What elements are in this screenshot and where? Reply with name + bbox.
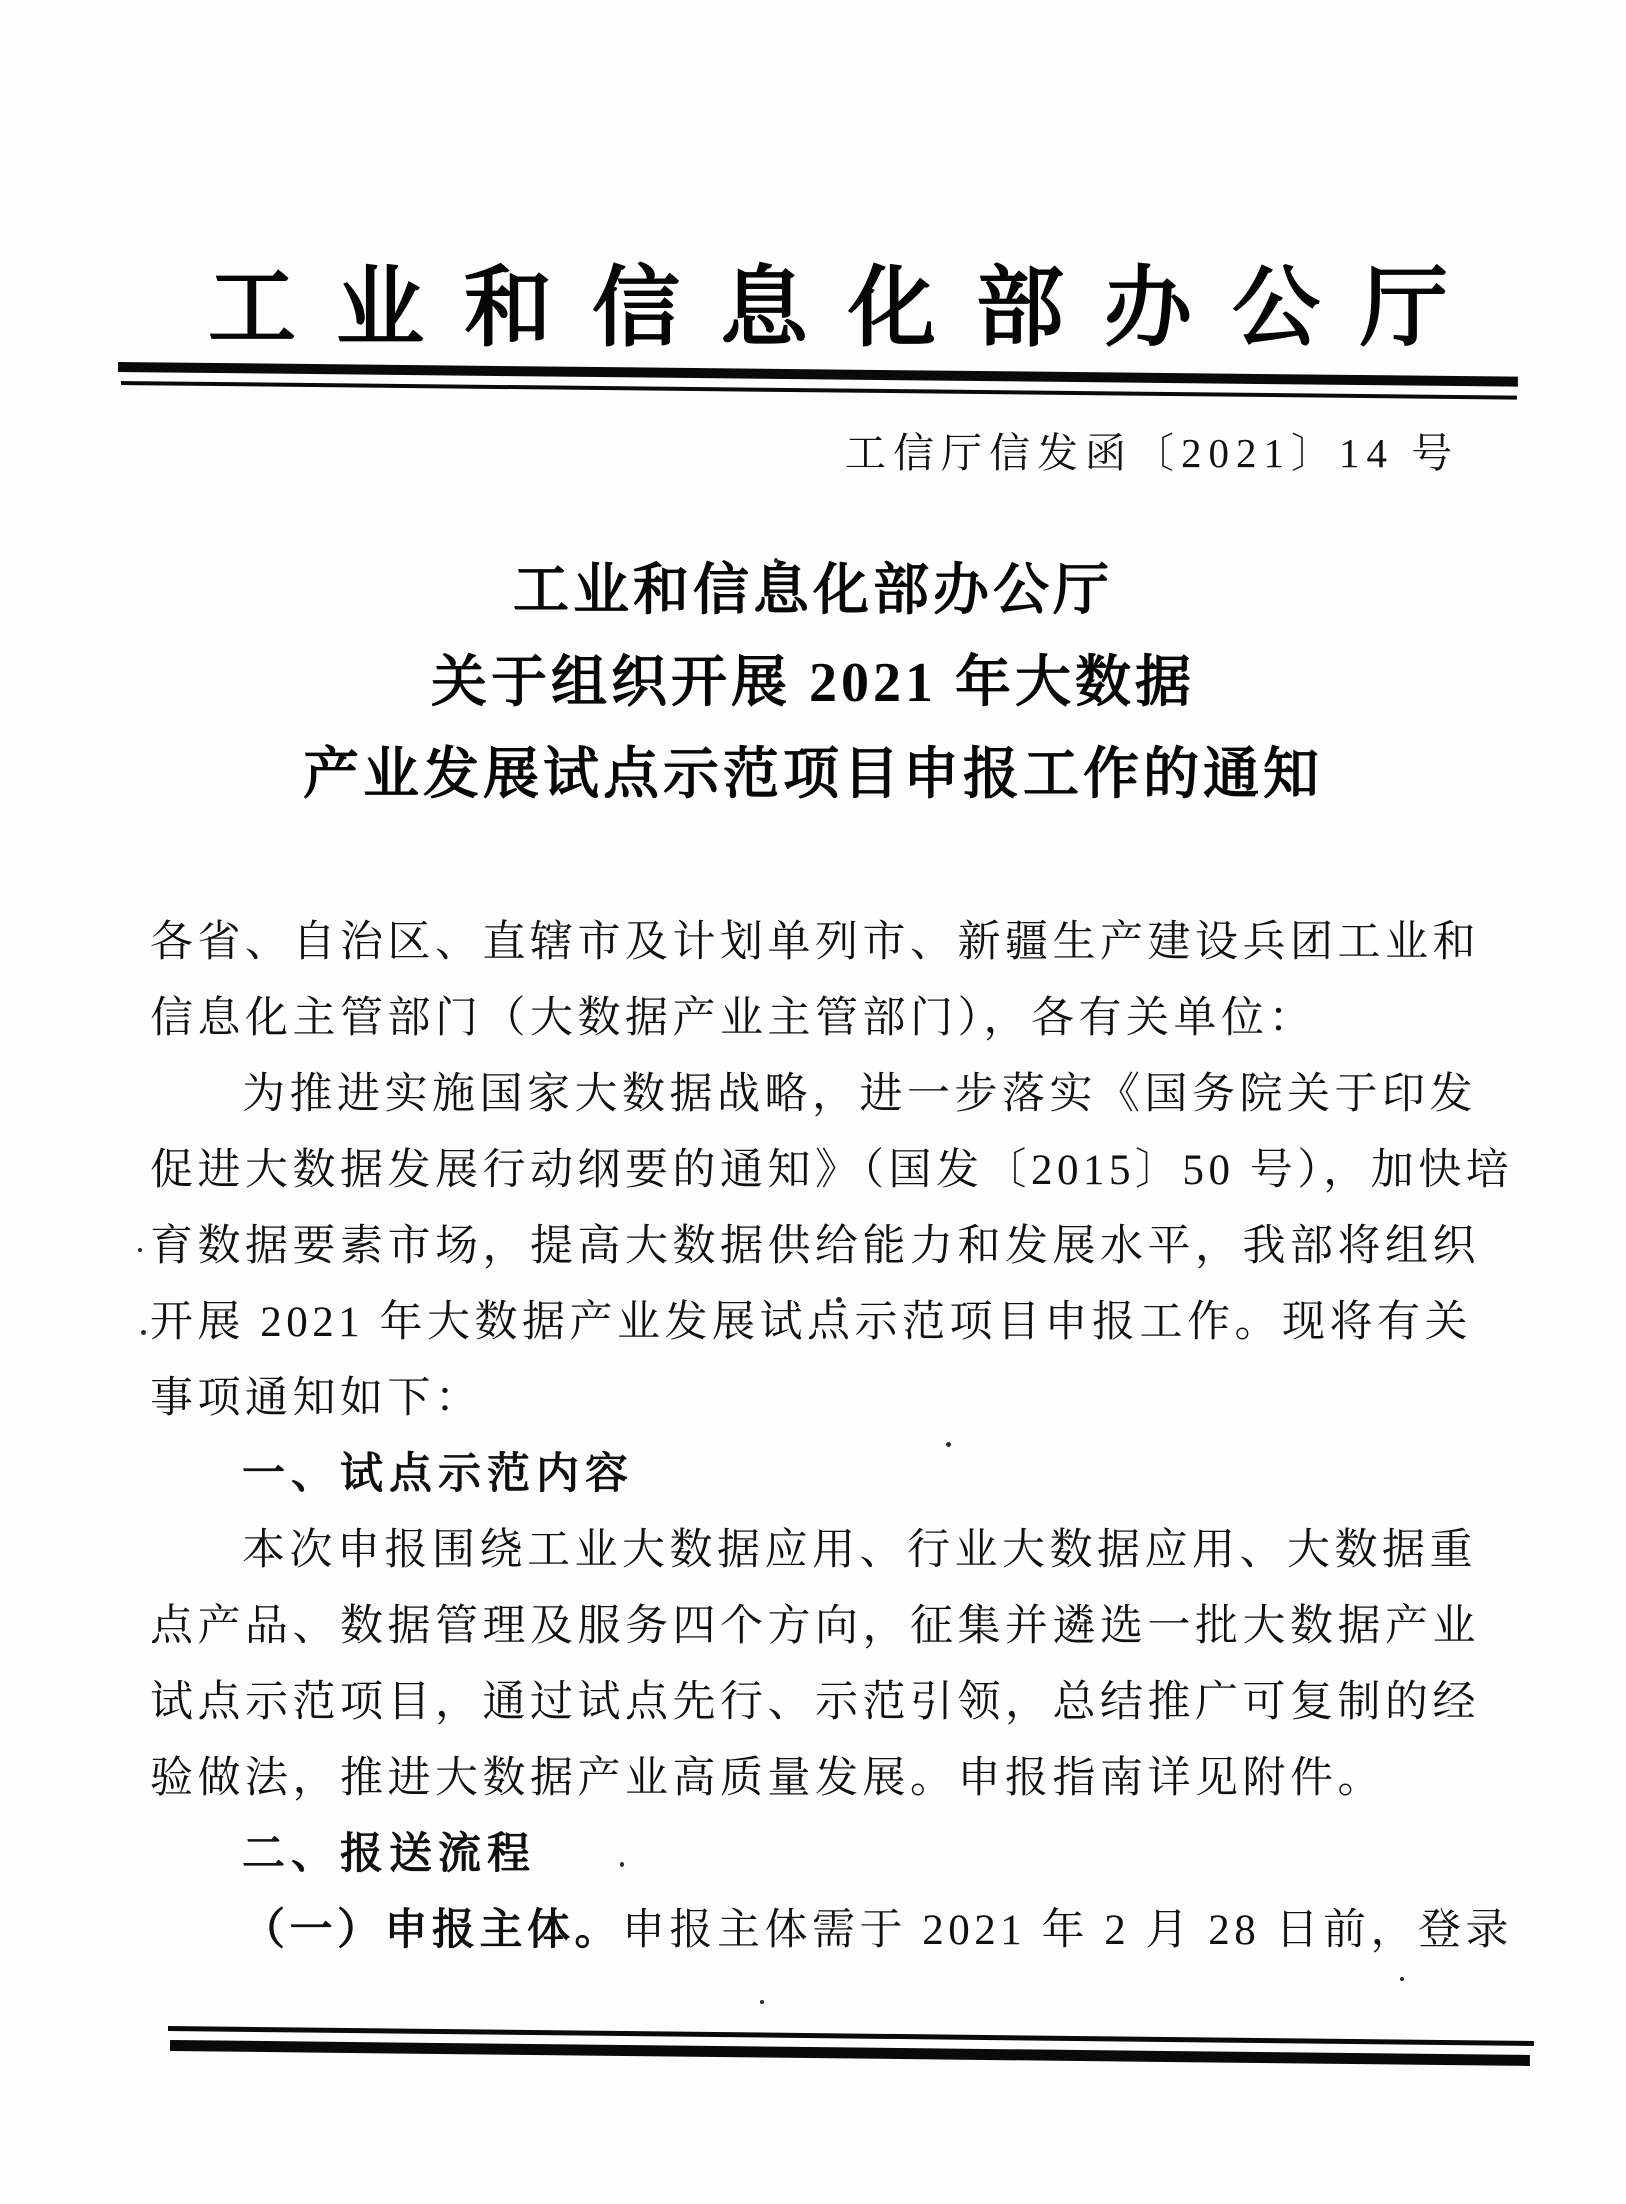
body-line: 验做法，推进大数据产业高质量发展。申报指南详见附件。 <box>150 1741 1490 1817</box>
body-line-clause: （一）申报主体。申报主体需于 2021 年 2 月 28 日前，登录 <box>150 1893 1490 1969</box>
body-line: 点产品、数据管理及服务四个方向，征集并遴选一批大数据产业 <box>150 1589 1490 1665</box>
scan-speck <box>760 2000 764 2004</box>
scan-speck <box>836 1297 842 1303</box>
letterhead-title: 工业和信息化部办公厅 <box>0 238 1626 364</box>
notice-title: 工业和信息化部办公厅 关于组织开展 2021 年大数据 产业发展试点示范项目申报… <box>0 545 1626 821</box>
footer-rule-thick <box>170 2040 1530 2066</box>
body-line-salutation-2: 信息化主管部门（大数据产业主管部门），各有关单位： <box>150 981 1490 1057</box>
scan-speck <box>946 1442 951 1447</box>
scan-speck <box>620 1862 624 1867</box>
notice-title-line-1: 工业和信息化部办公厅 <box>0 545 1626 637</box>
clause-rest: 申报主体需于 2021 年 2 月 28 日前，登录 <box>622 1907 1513 1954</box>
section-heading-1: 一、试点示范内容 <box>150 1437 1490 1513</box>
scan-speck <box>138 1248 142 1252</box>
body-line: 本次申报围绕工业大数据应用、行业大数据应用、大数据重 <box>150 1513 1490 1589</box>
scan-speck <box>774 558 778 563</box>
body-line: 事项通知如下： <box>150 1361 1490 1437</box>
section-heading-2: 二、报送流程 <box>150 1817 1490 1893</box>
body-line: 为推进实施国家大数据战略，进一步落实《国务院关于印发 <box>150 1057 1490 1133</box>
body-line: 试点示范项目，通过试点先行、示范引领，总结推广可复制的经 <box>150 1665 1490 1741</box>
body-line: 育数据要素市场，提高大数据供给能力和发展水平，我部将组织 <box>150 1209 1490 1285</box>
body-line: 促进大数据发展行动纲要的通知》（国发〔2015〕50 号），加快培 <box>150 1133 1490 1209</box>
doc-number: 工信厅信发函〔2021〕14 号 <box>845 420 1459 479</box>
document-page: 工业和信息化部办公厅 工信厅信发函〔2021〕14 号 工业和信息化部办公厅 关… <box>0 0 1626 2204</box>
body-text: 各省、自治区、直辖市及计划单列市、新疆生产建设兵团工业和 信息化主管部门（大数据… <box>150 905 1490 1969</box>
notice-title-line-2: 关于组织开展 2021 年大数据 <box>0 637 1626 729</box>
body-line: 开展 2021 年大数据产业发展试点示范项目申报工作。现将有关 <box>150 1285 1490 1361</box>
body-line-salutation-1: 各省、自治区、直辖市及计划单列市、新疆生产建设兵团工业和 <box>150 905 1490 981</box>
scan-speck <box>1400 1977 1404 1981</box>
notice-title-line-3: 产业发展试点示范项目申报工作的通知 <box>0 729 1626 821</box>
scan-speck <box>141 1330 146 1335</box>
clause-lead: （一）申报主体。 <box>242 1907 622 1954</box>
